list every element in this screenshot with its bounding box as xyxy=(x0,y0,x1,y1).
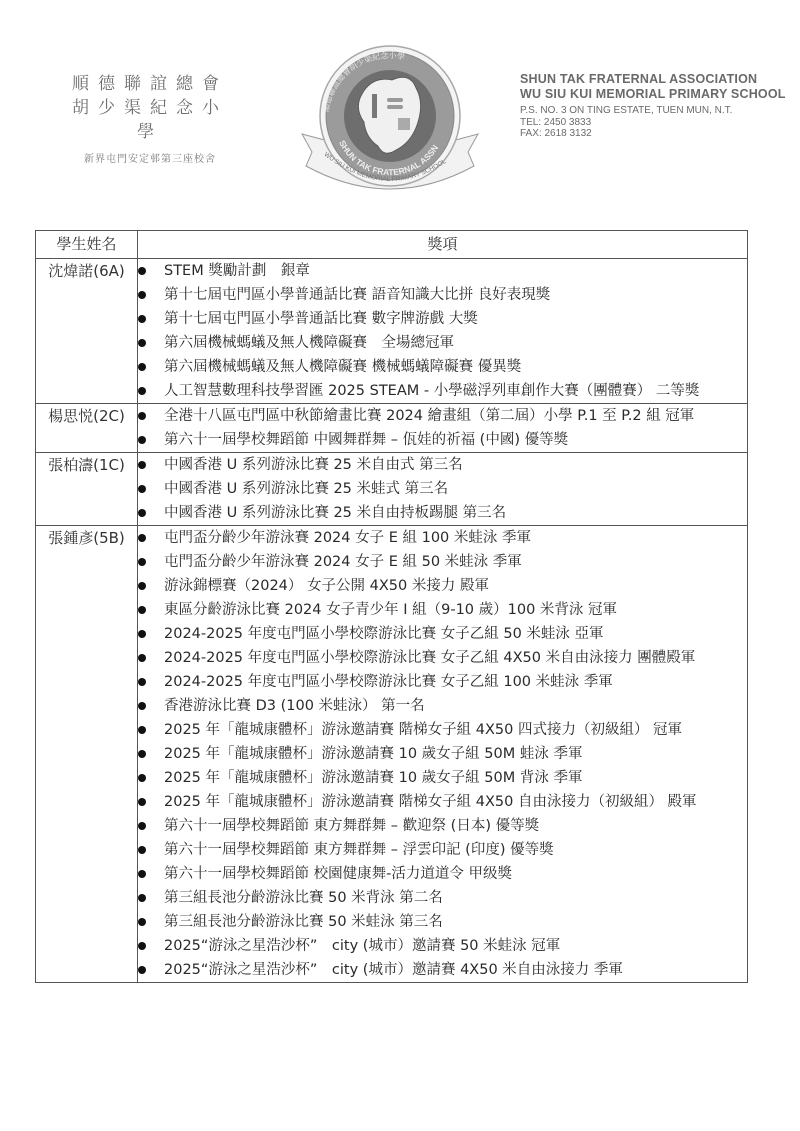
award-item: 屯門盃分齡少年游泳賽 2024 女子 E 組 50 米蛙泳 季軍 xyxy=(138,550,747,574)
bullet-icon xyxy=(138,315,146,323)
bullet-icon xyxy=(138,582,146,590)
award-item: 2025 年「龍城康體杯」游泳邀請賽 10 歲女子組 50M 蛙泳 季軍 xyxy=(138,742,747,766)
letterhead-chinese: 順德聯誼總會 胡少渠紀念小學 新界屯門安定邨第三座校舍 xyxy=(60,72,240,165)
award-item: 人工智慧數理科技學習匯 2025 STEAM - 小學磁浮列車創作大賽（團體賽）… xyxy=(138,379,747,403)
award-item: 2025 年「龍城康體杯」游泳邀請賽 10 歲女子組 50M 背泳 季軍 xyxy=(138,766,747,790)
award-item: 東區分齡游泳比賽 2024 女子青少年 I 組（9-10 歲）100 米背泳 冠… xyxy=(138,598,747,622)
awards-cell: 中國香港 U 系列游泳比賽 25 米自由式 第三名 中國香港 U 系列游泳比賽 … xyxy=(138,453,748,526)
award-item: 2024-2025 年度屯門區小學校際游泳比賽 女子乙組 4X50 米自由泳接力… xyxy=(138,646,747,670)
bullet-icon xyxy=(138,534,146,542)
bullet-icon xyxy=(138,678,146,686)
bullet-icon xyxy=(138,654,146,662)
student-name: 張鍾彥(5B) xyxy=(36,526,138,983)
bullet-icon xyxy=(138,485,146,493)
table-row: 沈煒諾(6A) STEM 獎勵計劃 銀章 第十七屆屯門區小學普通話比賽 語音知識… xyxy=(36,259,748,404)
header-awards: 獎項 xyxy=(138,231,748,259)
award-item: 2025“游泳之星浩沙杯” city (城市）邀請賽 50 米蛙泳 冠軍 xyxy=(138,934,747,958)
award-item: 第六屆機械螞蟻及無人機障礙賽 全場總冠軍 xyxy=(138,331,747,355)
award-item: 第三組長池分齡游泳比賽 50 米背泳 第二名 xyxy=(138,886,747,910)
school-fax: FAX: 2618 3132 xyxy=(520,128,786,140)
award-item: 第十七屆屯門區小學普通話比賽 數字牌游戲 大獎 xyxy=(138,307,747,331)
bullet-icon xyxy=(138,630,146,638)
bullet-icon xyxy=(138,387,146,395)
award-item: 2025“游泳之星浩沙杯” city (城市）邀請賽 4X50 米自由泳接力 季… xyxy=(138,958,747,982)
bullet-icon xyxy=(138,822,146,830)
school-logo: 順德聯誼總會胡少渠紀念小學 SHUN TAK FRATERNAL ASSN WU… xyxy=(292,42,488,202)
school-name-en: WU SIU KUI MEMORIAL PRIMARY SCHOOL xyxy=(520,87,786,102)
awards-cell: 全港十八區屯門區中秋節繪畫比賽 2024 繪畫組（第二屆）小學 P.1 至 P.… xyxy=(138,404,748,453)
student-awards-table: 學生姓名 獎項 沈煒諾(6A) STEM 獎勵計劃 銀章 第十七屆屯門區小學普通… xyxy=(35,230,748,983)
award-item: 游泳錦標賽（2024） 女子公開 4X50 米接力 殿軍 xyxy=(138,574,747,598)
award-item: 第六屆機械螞蟻及無人機障礙賽 機械螞蟻障礙賽 優異獎 xyxy=(138,355,747,379)
table-row: 楊思悦(2C) 全港十八區屯門區中秋節繪畫比賽 2024 繪畫組（第二屆）小學 … xyxy=(36,404,748,453)
school-address-en: P.S. NO. 3 ON TING ESTATE, TUEN MUN, N.T… xyxy=(520,105,786,117)
bullet-icon xyxy=(138,291,146,299)
bullet-icon xyxy=(138,750,146,758)
bullet-icon xyxy=(138,461,146,469)
school-address-cn: 新界屯門安定邨第三座校舍 xyxy=(60,150,240,165)
bullet-icon xyxy=(138,436,146,444)
bullet-icon xyxy=(138,774,146,782)
letterhead-english: SHUN TAK FRATERNAL ASSOCIATION WU SIU KU… xyxy=(520,72,786,140)
award-item: 2025 年「龍城康體杯」游泳邀請賽 階梯女子組 4X50 四式接力（初級組） … xyxy=(138,718,747,742)
table-row: 張柏濤(1C) 中國香港 U 系列游泳比賽 25 米自由式 第三名 中國香港 U… xyxy=(36,453,748,526)
header-student-name: 學生姓名 xyxy=(36,231,138,259)
school-crest-icon: 順德聯誼總會胡少渠紀念小學 SHUN TAK FRATERNAL ASSN WU… xyxy=(292,42,488,202)
award-item: 中國香港 U 系列游泳比賽 25 米蛙式 第三名 xyxy=(138,477,747,501)
award-item: 第六十一屆學校舞蹈節 東方舞群舞 – 浮雲印記 (印度) 優等獎 xyxy=(138,838,747,862)
bullet-icon xyxy=(138,966,146,974)
awards-list: 屯門盃分齡少年游泳賽 2024 女子 E 組 100 米蛙泳 季軍 屯門盃分齡少… xyxy=(138,526,747,982)
awards-list: 全港十八區屯門區中秋節繪畫比賽 2024 繪畫組（第二屆）小學 P.1 至 P.… xyxy=(138,404,747,452)
awards-list: STEM 獎勵計劃 銀章 第十七屆屯門區小學普通話比賽 語音知識大比拼 良好表現… xyxy=(138,259,747,403)
school-association-name-cn: 順德聯誼總會 xyxy=(60,72,240,96)
award-item: 2025 年「龍城康體杯」游泳邀請賽 階梯女子組 4X50 自由泳接力（初級組）… xyxy=(138,790,747,814)
bullet-icon xyxy=(138,509,146,517)
award-item: 2024-2025 年度屯門區小學校際游泳比賽 女子乙組 100 米蛙泳 季軍 xyxy=(138,670,747,694)
school-telephone: TEL: 2450 3833 xyxy=(520,117,786,129)
bullet-icon xyxy=(138,702,146,710)
bullet-icon xyxy=(138,558,146,566)
award-item: STEM 獎勵計劃 銀章 xyxy=(138,259,747,283)
bullet-icon xyxy=(138,870,146,878)
award-item: 全港十八區屯門區中秋節繪畫比賽 2024 繪畫組（第二屆）小學 P.1 至 P.… xyxy=(138,404,747,428)
table-header-row: 學生姓名 獎項 xyxy=(36,231,748,259)
award-item: 第十七屆屯門區小學普通話比賽 語音知識大比拼 良好表現獎 xyxy=(138,283,747,307)
bullet-icon xyxy=(138,846,146,854)
award-item: 第六十一屆學校舞蹈節 中國舞群舞 – 佤娃的祈福 (中國) 優等獎 xyxy=(138,428,747,452)
bullet-icon xyxy=(138,339,146,347)
association-name-en: SHUN TAK FRATERNAL ASSOCIATION xyxy=(520,72,786,87)
award-item: 香港游泳比賽 D3 (100 米蛙泳） 第一名 xyxy=(138,694,747,718)
award-item: 中國香港 U 系列游泳比賽 25 米自由持板踢腿 第三名 xyxy=(138,501,747,525)
student-name: 沈煒諾(6A) xyxy=(36,259,138,404)
school-name-cn: 胡少渠紀念小學 xyxy=(60,96,240,144)
bullet-icon xyxy=(138,894,146,902)
bullet-icon xyxy=(138,942,146,950)
bullet-icon xyxy=(138,267,146,275)
award-item: 2024-2025 年度屯門區小學校際游泳比賽 女子乙組 50 米蛙泳 亞軍 xyxy=(138,622,747,646)
bullet-icon xyxy=(138,606,146,614)
bullet-icon xyxy=(138,363,146,371)
awards-cell: 屯門盃分齡少年游泳賽 2024 女子 E 組 100 米蛙泳 季軍 屯門盃分齡少… xyxy=(138,526,748,983)
award-item: 中國香港 U 系列游泳比賽 25 米自由式 第三名 xyxy=(138,453,747,477)
award-item: 屯門盃分齡少年游泳賽 2024 女子 E 組 100 米蛙泳 季軍 xyxy=(138,526,747,550)
awards-list: 中國香港 U 系列游泳比賽 25 米自由式 第三名 中國香港 U 系列游泳比賽 … xyxy=(138,453,747,525)
student-name: 張柏濤(1C) xyxy=(36,453,138,526)
awards-cell: STEM 獎勵計劃 銀章 第十七屆屯門區小學普通話比賽 語音知識大比拼 良好表現… xyxy=(138,259,748,404)
student-name: 楊思悦(2C) xyxy=(36,404,138,453)
table-row: 張鍾彥(5B) 屯門盃分齡少年游泳賽 2024 女子 E 組 100 米蛙泳 季… xyxy=(36,526,748,983)
award-item: 第三組長池分齡游泳比賽 50 米蛙泳 第三名 xyxy=(138,910,747,934)
bullet-icon xyxy=(138,798,146,806)
award-item: 第六十一屆學校舞蹈節 校園健康舞-活力道道令 甲级獎 xyxy=(138,862,747,886)
bullet-icon xyxy=(138,918,146,926)
bullet-icon xyxy=(138,726,146,734)
bullet-icon xyxy=(138,412,146,420)
award-item: 第六十一屆學校舞蹈節 東方舞群舞 – 歡迎祭 (日本) 優等獎 xyxy=(138,814,747,838)
